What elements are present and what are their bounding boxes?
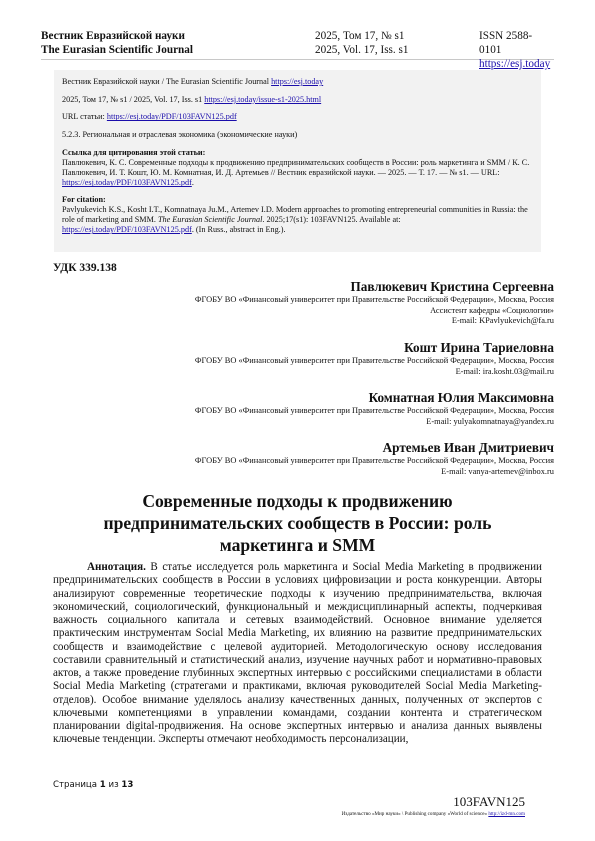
issue-en: 2025, Vol. 17, Iss. s1 — [315, 43, 408, 57]
citation-ru-heading: Ссылка для цитирования этой статьи: — [62, 148, 533, 158]
abstract: Аннотация. В статье исследуется роль мар… — [53, 561, 542, 747]
issn: ISSN 2588-0101 — [479, 29, 554, 57]
abstract-text: В статье исследуется роль маркетинга и S… — [53, 561, 542, 745]
author-block: Кошт Ирина Тариеловна ФГОБУ ВО «Финансов… — [195, 339, 554, 377]
author-name: Артемьев Иван Дмитриевич — [195, 439, 554, 456]
total-pages: 13 — [121, 780, 133, 790]
article-id: 103FAVN125 — [453, 794, 525, 810]
udk-code: УДК 339.138 — [53, 262, 117, 274]
page-counter: Страница 1 из 13 — [53, 780, 133, 790]
abstract-label: Аннотация. — [87, 561, 146, 573]
publisher-line: Издательство «Мир науки» \ Publishing co… — [342, 811, 525, 817]
author-name: Комнатная Юлия Максимовна — [195, 389, 554, 406]
issn-block: ISSN 2588-0101 https://esj.today — [479, 29, 554, 71]
citation-en: Pavlyukevich K.S., Kosht I.T., Komnatnay… — [62, 205, 533, 236]
issue-block: 2025, Том 17, № s1 2025, Vol. 17, Iss. s… — [315, 29, 408, 57]
running-header: Вестник Евразийской науки The Eurasian S… — [41, 29, 554, 60]
article-title: Современные подходы к продвижению предпр… — [60, 490, 535, 556]
issue-ru: 2025, Том 17, № s1 — [315, 29, 408, 43]
info-journal-line: Вестник Евразийской науки / The Eurasian… — [62, 77, 533, 87]
author-email: E-mail: vanya-artemev@inbox.ru — [195, 467, 554, 478]
info-journal-link[interactable]: https://esj.today — [271, 77, 323, 86]
author-email: E-mail: KPavlyukevich@fa.ru — [195, 316, 554, 327]
citation-en-heading: For citation: — [62, 195, 533, 205]
author-affiliation: ФГОБУ ВО «Финансовый университет при Пра… — [195, 456, 554, 467]
citation-en-link[interactable]: https://esj.today/PDF/103FAVN125.pdf — [62, 225, 192, 234]
author-block: Артемьев Иван Дмитриевич ФГОБУ ВО «Финан… — [195, 439, 554, 477]
publisher-link[interactable]: http://izd-mn.com — [488, 811, 525, 817]
author-block: Комнатная Юлия Максимовна ФГОБУ ВО «Фина… — [195, 389, 554, 427]
author-name: Кошт Ирина Тариеловна — [195, 339, 554, 356]
author-email: E-mail: yulyakomnatnaya@yandex.ru — [195, 417, 554, 428]
article-info-box: Вестник Евразийской науки / The Eurasian… — [54, 70, 541, 252]
info-specialty: 5.2.3. Региональная и отраслевая экономи… — [62, 130, 533, 140]
info-article-link[interactable]: https://esj.today/PDF/103FAVN125.pdf — [107, 112, 237, 121]
author-position: Ассистент кафедры «Социологии» — [195, 306, 554, 317]
citation-ru-link[interactable]: https://esj.today/PDF/103FAVN125.pdf — [62, 178, 192, 187]
author-block: Павлюкевич Кристина Сергеевна ФГОБУ ВО «… — [195, 278, 554, 327]
journal-site-link[interactable]: https://esj.today — [479, 58, 550, 70]
info-issue-link[interactable]: https://esj.today/issue-s1-2025.html — [204, 95, 321, 104]
info-issue-line: 2025, Том 17, № s1 / 2025, Vol. 17, Iss.… — [62, 95, 533, 105]
author-name: Павлюкевич Кристина Сергеевна — [195, 278, 554, 295]
author-email: E-mail: ira.kosht.03@mail.ru — [195, 367, 554, 378]
author-affiliation: ФГОБУ ВО «Финансовый университет при Пра… — [195, 406, 554, 417]
journal-name-block: Вестник Евразийской науки The Eurasian S… — [41, 29, 193, 57]
journal-name-ru: Вестник Евразийской науки — [41, 29, 193, 43]
author-affiliation: ФГОБУ ВО «Финансовый университет при Пра… — [195, 295, 554, 306]
citation-ru: Павлюкевич, К. С. Современные подходы к … — [62, 158, 533, 189]
author-affiliation: ФГОБУ ВО «Финансовый университет при Пра… — [195, 356, 554, 367]
journal-name-en: The Eurasian Scientific Journal — [41, 43, 193, 57]
info-article-url-line: URL статьи: https://esj.today/PDF/103FAV… — [62, 112, 533, 122]
